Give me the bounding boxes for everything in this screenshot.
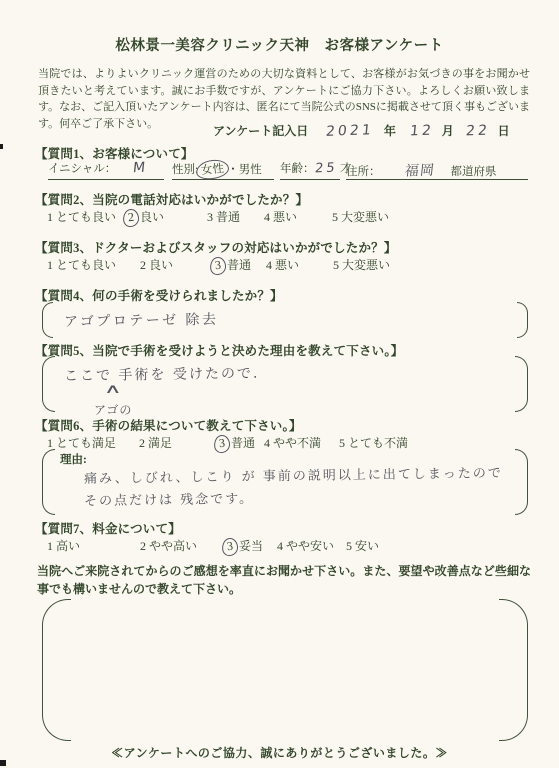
free-comment-box (42, 599, 528, 741)
q1-answer-row: イニシャル： M 性別:女性・男性 年齢：25才 住所：福岡都道府県 (0, 160, 559, 180)
q2-options: 1とても良い 2良い 3普通 4悪い 5大変悪い (0, 208, 559, 226)
q3-option-1: 1とても良い (47, 256, 116, 273)
date-label: アンケート記入日 (213, 122, 308, 139)
option-label: やや安い (286, 539, 334, 553)
option-number: 1 (47, 539, 53, 554)
age-label: 年齢： (280, 163, 315, 175)
option-number: 4 (266, 258, 272, 273)
option-number: 3 (207, 210, 213, 225)
option-number: 5 (333, 258, 339, 273)
q7-option-2: 2やや高い (140, 537, 197, 554)
option-number: 2 (140, 258, 146, 273)
q2-option-3: 3普通 (207, 208, 240, 225)
answer-bracket-right (515, 356, 528, 412)
option-label: 悪い (275, 258, 299, 272)
q3-option-3: 3普通 (212, 256, 251, 275)
option-label: とても満足 (56, 436, 116, 450)
q2-option-2: 2良い (125, 208, 164, 227)
q3-option-2: 2良い (140, 256, 173, 273)
option-number: 5 (346, 539, 352, 554)
answer-bracket-left (42, 302, 53, 338)
age-field: 年齢：25才 (280, 160, 340, 180)
answer-bracket-right (499, 599, 528, 741)
address-field: 住所：福岡都道府県 (346, 160, 528, 180)
option-label: 大変悪い (341, 210, 389, 224)
gender-option-male: 男性 (239, 164, 262, 176)
q3-options: 1とても良い 2良い 3普通 4悪い 5大変悪い (0, 256, 559, 274)
q3-header: 【質問3、ドクターおよびスタッフの対応はいかがでしたか？】 (35, 238, 397, 256)
date-month-value: 12 (409, 123, 435, 140)
option-number: 1 (47, 258, 53, 273)
q7-option-3: 3妥当 (224, 537, 263, 556)
q7-options: 1高い 2やや高い 3妥当 4やや安い 5安い (0, 537, 559, 555)
survey-date-row: アンケート記入日 2021 年 12 月 22 日 (213, 122, 510, 139)
answer-bracket-right (515, 449, 528, 515)
address-suffix: 都道府県 (451, 166, 497, 178)
option-label: 普通 (216, 210, 240, 224)
q2-option-4: 4悪い (264, 208, 297, 225)
q5-insertion-text: アゴの (94, 403, 132, 417)
initial-label: イニシャル： (48, 163, 116, 175)
option-label: 安い (355, 539, 379, 553)
option-number: 3 (221, 537, 239, 557)
date-month-label: 月 (442, 122, 454, 139)
q2-header: 【質問2、当院の電話対応はいかがでしたか？】 (35, 190, 308, 208)
gender-field: 性別:女性・男性 (172, 160, 274, 180)
option-number: 2 (140, 539, 146, 554)
answer-bracket-left (42, 599, 71, 741)
option-label: 普通 (231, 436, 255, 450)
option-number: 3 (209, 256, 227, 276)
option-label: やや不満 (273, 436, 321, 450)
date-day-label: 日 (498, 122, 510, 139)
option-label: 普通 (227, 258, 251, 272)
scanned-survey-form: 松林景一美容クリニック天神 お客様アンケート 当院では、よりよいクリニック運営の… (0, 0, 559, 768)
q7-header: 【質問7、料金について】 (35, 519, 181, 537)
option-number: 1 (47, 210, 53, 225)
q6-reason-line1: 痛み、しびれ、しこり が 事前の説明以上に出てしまったので (84, 462, 503, 487)
gender-label: 性別: (172, 164, 198, 176)
gender-separator: ・ (227, 164, 239, 176)
answer-bracket-left (42, 356, 55, 412)
q3-option-5: 5大変悪い (333, 256, 390, 273)
answer-bracket-left (42, 449, 55, 515)
option-label: 満足 (148, 436, 172, 450)
thanks-message: ≪アンケートへのご協力、誠にありがとうございました。≫ (0, 744, 559, 761)
q7-option-4: 4やや安い (277, 537, 334, 554)
option-label: とても不満 (348, 436, 408, 450)
insertion-caret: ∧ (104, 385, 122, 395)
option-number: 2 (122, 208, 140, 228)
option-label: やや高い (149, 539, 197, 553)
address-label: 住所： (346, 166, 381, 178)
option-label: とても良い (56, 210, 116, 224)
option-label: 妥当 (239, 539, 263, 553)
date-year-value: 2021 (325, 122, 375, 140)
option-label: 良い (149, 258, 173, 272)
q6-header: 【質問6、手術の結果について教えて下さい。】 (35, 416, 302, 434)
reason-label: 理由: (60, 451, 87, 467)
option-number: 4 (264, 210, 270, 225)
option-label: 悪い (273, 210, 297, 224)
scan-artifact (0, 144, 3, 149)
q7-option-5: 5安い (346, 537, 379, 554)
option-number: 4 (277, 539, 283, 554)
gender-option-female: 女性 (195, 158, 230, 180)
q2-option-1: 1とても良い (47, 208, 116, 225)
q4-answer-handwriting: アゴプロテーゼ 除去 (64, 309, 219, 331)
address-value: 福岡 (403, 159, 435, 180)
initial-field: イニシャル： M (48, 160, 164, 180)
q5-insertion: ∧ アゴの (94, 380, 132, 418)
q3-option-4: 4悪い (266, 256, 299, 273)
q7-option-1: 1高い (47, 537, 80, 554)
date-year-label: 年 (384, 122, 396, 139)
q5-answer-box: ここで 手術を 受けたので. ∧ アゴの (42, 356, 528, 412)
answer-bracket-right (517, 302, 528, 338)
option-number: 5 (332, 210, 338, 225)
q2-option-5: 5大変悪い (332, 208, 389, 225)
option-label: 良い (140, 210, 164, 224)
page-title: 松林景一美容クリニック天神 お客様アンケート (0, 34, 559, 55)
option-label: 高い (56, 539, 80, 553)
q6-reason-box: 理由: 痛み、しびれ、しこり が 事前の説明以上に出てしまったので その点だけは… (42, 449, 528, 515)
age-value: 25 (314, 161, 338, 177)
option-label: 大変悪い (342, 258, 390, 272)
q4-answer-box: アゴプロテーゼ 除去 (42, 302, 528, 338)
free-comment-prompt: 当院へご来院されてからのご感想を率直にお聞かせ下さい。また、要望や改善点など些細… (37, 562, 531, 598)
initial-value: M (132, 160, 149, 177)
option-label: とても良い (56, 258, 116, 272)
date-day-value: 22 (465, 123, 491, 140)
q6-reason-line2: その点だけは 残念です。 (84, 488, 254, 509)
